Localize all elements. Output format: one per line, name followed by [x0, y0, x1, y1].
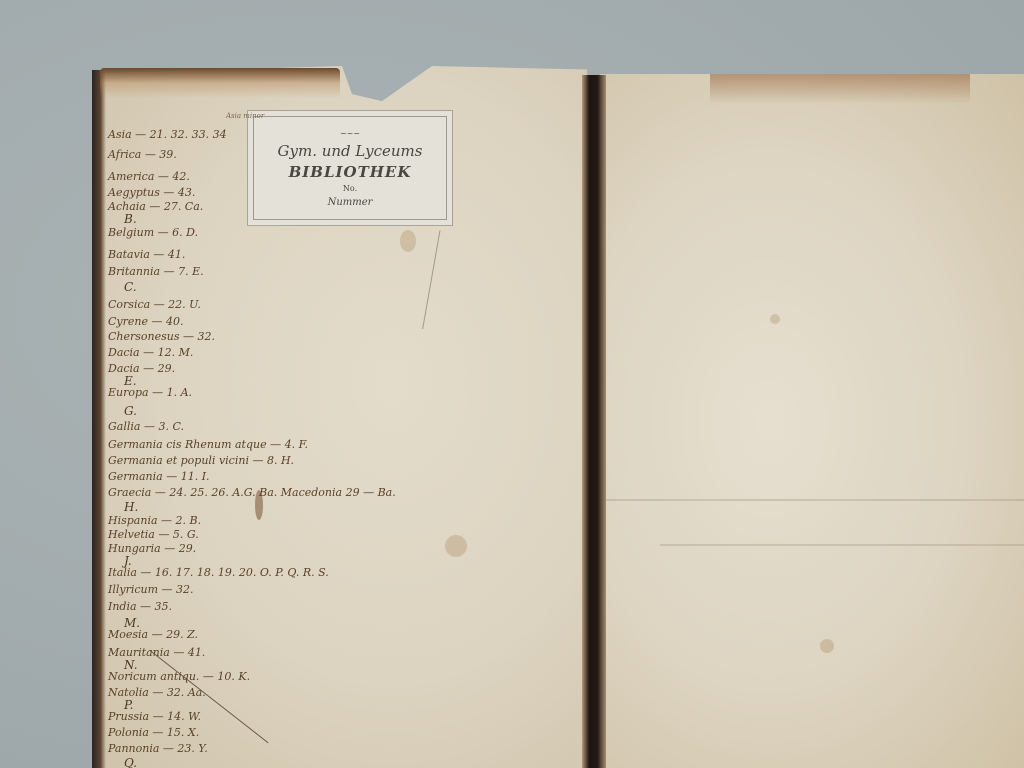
index-section-letter: Q.	[124, 756, 137, 768]
stain	[400, 230, 416, 252]
index-entry: Polonia — 15. X.	[108, 726, 199, 739]
book-left-edge	[92, 70, 106, 768]
index-entry: Germania — 11. I.	[108, 470, 210, 483]
index-section-letter: N.	[124, 658, 138, 672]
index-entry: Europa — 1. A.	[108, 386, 192, 399]
index-entry: Moesia — 29. Z.	[108, 628, 198, 641]
index-section-letter: G.	[124, 404, 137, 418]
index-section-letter: C.	[124, 280, 137, 294]
index-section-letter: P.	[124, 698, 133, 712]
index-entry: Batavia — 41.	[108, 248, 185, 261]
index-entry: Illyricum — 32.	[108, 583, 194, 596]
library-bookplate: ~~~ Gym. und Lyceums BIBLIOTHEK No. Numm…	[247, 110, 453, 226]
index-entry: Dacia — 12. M.	[108, 346, 193, 359]
index-entry: Asia — 21. 32. 33. 34	[108, 128, 227, 141]
index-entry: Africa — 39.	[108, 148, 177, 161]
index-entry: Graecia — 24. 25. 26. A.G. Ba. Macedonia…	[108, 486, 396, 499]
index-entry: America — 42.	[108, 170, 190, 183]
index-column-header: Asia minor	[226, 112, 264, 120]
index-entry: Italia — 16. 17. 18. 19. 20. O. P. Q. R.…	[108, 566, 329, 579]
index-entry: Achaia — 27. Ca.	[108, 200, 203, 213]
index-entry: Corsica — 22. U.	[108, 298, 201, 311]
index-entry: Natolia — 32. Aa.	[108, 686, 206, 699]
index-section-letter: B.	[124, 212, 137, 226]
bookplate-number-field: Nummer	[328, 197, 373, 208]
bookplate-number-label: No.	[343, 184, 357, 193]
index-entry: Helvetia — 5. G.	[108, 528, 199, 541]
index-section-letter: E.	[124, 374, 137, 388]
index-entry: Germania cis Rhenum atque — 4. F.	[108, 438, 308, 451]
index-section-letter: J.	[124, 554, 132, 568]
index-entry: Cyrene — 40.	[108, 315, 183, 328]
index-entry: India — 35.	[108, 600, 172, 613]
index-entry: Gallia — 3. C.	[108, 420, 184, 433]
index-entry: Chersonesus — 32.	[108, 330, 215, 343]
index-entry: Germania et populi vicini — 8. H.	[108, 454, 294, 467]
burned-corner	[100, 68, 340, 98]
index-entry: Hispania — 2. B.	[108, 514, 201, 527]
stain	[770, 314, 780, 324]
bookplate-title: BIBLIOTHEK	[289, 163, 412, 181]
page-fold-line	[600, 499, 1024, 501]
index-entry: Belgium — 6. D.	[108, 226, 198, 239]
bookplate-institution: Gym. und Lyceums	[278, 142, 423, 160]
index-section-letter: M.	[124, 616, 140, 630]
stain	[445, 535, 467, 557]
index-entry: Prussia — 14. W.	[108, 710, 201, 723]
index-section-letter: H.	[124, 500, 138, 514]
bookplate-ornament: ~~~	[340, 129, 360, 138]
book-spine-gutter	[582, 75, 606, 768]
index-entry: Mauritania — 41.	[108, 646, 205, 659]
index-entry: Dacia — 29.	[108, 362, 175, 375]
page-fold-line	[660, 544, 1024, 546]
index-entry: Aegyptus — 43.	[108, 186, 195, 199]
bookplate-frame: ~~~ Gym. und Lyceums BIBLIOTHEK No. Numm…	[253, 116, 447, 220]
index-entry: Britannia — 7. E.	[108, 265, 204, 278]
stain	[820, 639, 834, 653]
book-right-page	[600, 74, 1024, 768]
index-entry: Pannonia — 23. Y.	[108, 742, 208, 755]
index-entry: Hungaria — 29.	[108, 542, 196, 555]
